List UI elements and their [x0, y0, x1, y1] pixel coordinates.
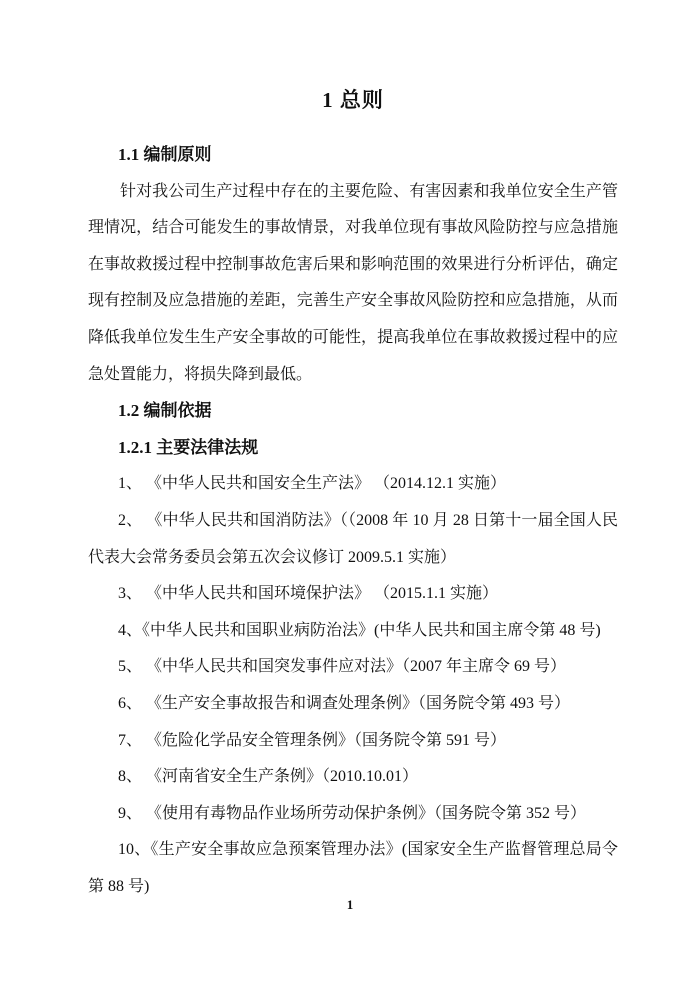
law-list-item-1: 1、 《中华人民共和国安全生产法》 （2014.12.1 实施）	[88, 466, 618, 503]
law-list-item-2: 2、 《中华人民共和国消防法》（（2008 年 10 月 28 日第十一届全国人…	[88, 503, 618, 576]
law-list-item-7: 7、 《危险化学品安全管理条例》（国务院令第 591 号）	[88, 723, 618, 760]
document-page: 1 总则 1.1 编制原则 针对我公司生产过程中存在的主要危险、有害因素和我单位…	[0, 0, 700, 990]
law-list-item-6: 6、 《生产安全事故报告和调查处理条例》（国务院令第 493 号）	[88, 686, 618, 723]
section-1-1-paragraph: 针对我公司生产过程中存在的主要危险、有害因素和我单位安全生产管理情况，结合可能发…	[88, 174, 618, 394]
section-heading-1-2-1: 1.2.1 主要法律法规	[88, 430, 618, 467]
law-list-item-10: 10、《生产安全事故应急预案管理办法》(国家安全生产监督管理总局令第 88 号)	[88, 832, 618, 905]
law-list-item-8: 8、 《河南省安全生产条例》（2010.10.01）	[88, 759, 618, 796]
law-list-item-5: 5、 《中华人民共和国突发事件应对法》（2007 年主席令 69 号）	[88, 649, 618, 686]
document-content: 1 总则 1.1 编制原则 针对我公司生产过程中存在的主要危险、有害因素和我单位…	[88, 84, 618, 905]
section-heading-1-2: 1.2 编制依据	[88, 393, 618, 430]
document-title: 1 总则	[88, 84, 618, 116]
law-list-item-3: 3、 《中华人民共和国环境保护法》 （2015.1.1 实施）	[88, 576, 618, 613]
section-heading-1-1: 1.1 编制原则	[88, 137, 618, 174]
law-list-item-9: 9、 《使用有毒物品作业场所劳动保护条例》（国务院令第 352 号）	[88, 796, 618, 833]
page-number: 1	[0, 896, 700, 914]
law-list-item-4: 4、《中华人民共和国职业病防治法》(中华人民共和国主席令第 48 号)	[88, 613, 618, 650]
